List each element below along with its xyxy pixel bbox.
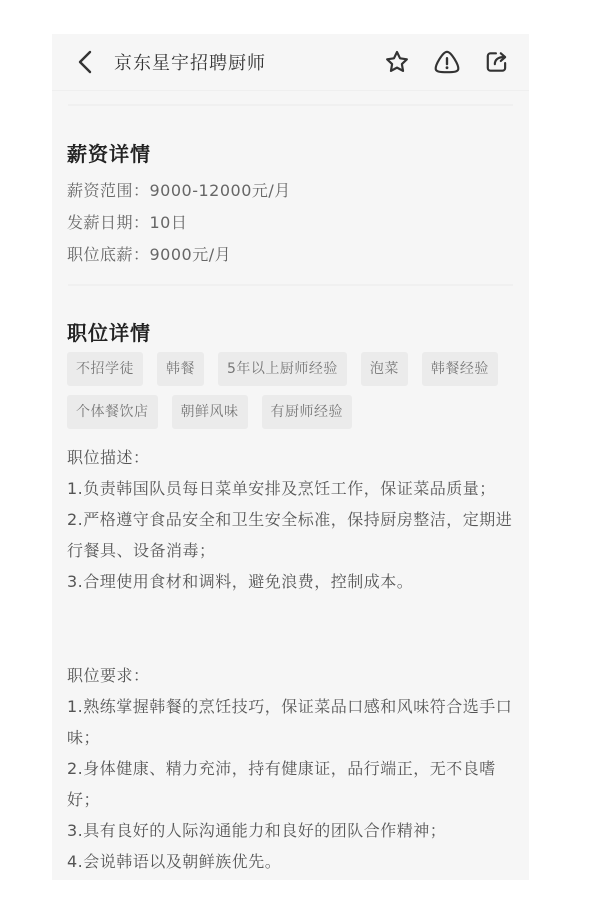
salary-section-title: 薪资详情 [67, 138, 151, 167]
requirement-item: 4.会说韩语以及朝鲜族优先。 [67, 846, 517, 877]
job-tag: 5年以上厨师经验 [218, 352, 347, 386]
back-button[interactable] [66, 42, 106, 82]
base-salary: 职位底薪：9000元/月 [67, 242, 231, 265]
star-icon [384, 49, 410, 75]
job-tag: 泡菜 [361, 352, 408, 386]
job-description: 职位描述： 1.负责韩国队员每日菜单安排及烹饪工作，保证菜品质量； 2.严格遵守… [67, 442, 517, 597]
header-actions [379, 42, 515, 82]
requirements-heading: 职位要求： [67, 660, 517, 691]
top-nav-bar: 京东星宇招聘厨师 [52, 34, 529, 91]
job-detail-screen: 京东星宇招聘厨师 [52, 34, 529, 880]
page-title: 京东星宇招聘厨师 [114, 49, 266, 75]
alert-icon [433, 49, 461, 75]
description-item: 1.负责韩国队员每日菜单安排及烹饪工作，保证菜品质量； [67, 473, 517, 504]
description-item: 2.严格遵守食品安全和卫生安全标准，保持厨房整洁，定期进行餐具、设备消毒； [67, 504, 517, 566]
requirement-item: 1.熟练掌握韩餐的烹饪技巧，保证菜品口感和风味符合选手口味； [67, 691, 517, 753]
favorite-button[interactable] [379, 42, 415, 82]
job-tag: 朝鲜风味 [172, 395, 248, 429]
requirement-item: 3.具有良好的人际沟通能力和良好的团队合作精神； [67, 815, 517, 846]
job-tag: 韩餐经验 [422, 352, 498, 386]
chevron-left-icon [75, 49, 97, 75]
job-tags: 不招学徒 韩餐 5年以上厨师经验 泡菜 韩餐经验 个体餐饮店 朝鲜风味 有厨师经… [67, 352, 507, 429]
salary-range: 薪资范围：9000-12000元/月 [67, 178, 291, 201]
job-tag: 不招学徒 [67, 352, 143, 386]
requirement-item: 2.身体健康、精力充沛，持有健康证，品行端正，无不良嗜好； [67, 753, 517, 815]
description-item: 3.合理使用食材和调料，避免浪费，控制成本。 [67, 566, 517, 597]
pay-date: 发薪日期：10日 [67, 210, 187, 233]
share-icon [484, 49, 510, 75]
job-tag: 韩餐 [157, 352, 204, 386]
description-heading: 职位描述： [67, 442, 517, 473]
share-button[interactable] [479, 42, 515, 82]
divider [68, 104, 513, 106]
job-tag: 个体餐饮店 [67, 395, 158, 429]
job-requirements: 职位要求： 1.熟练掌握韩餐的烹饪技巧，保证菜品口感和风味符合选手口味； 2.身… [67, 660, 517, 877]
job-tag: 有厨师经验 [262, 395, 353, 429]
divider [68, 284, 513, 286]
report-button[interactable] [429, 42, 465, 82]
position-section-title: 职位详情 [67, 317, 151, 346]
